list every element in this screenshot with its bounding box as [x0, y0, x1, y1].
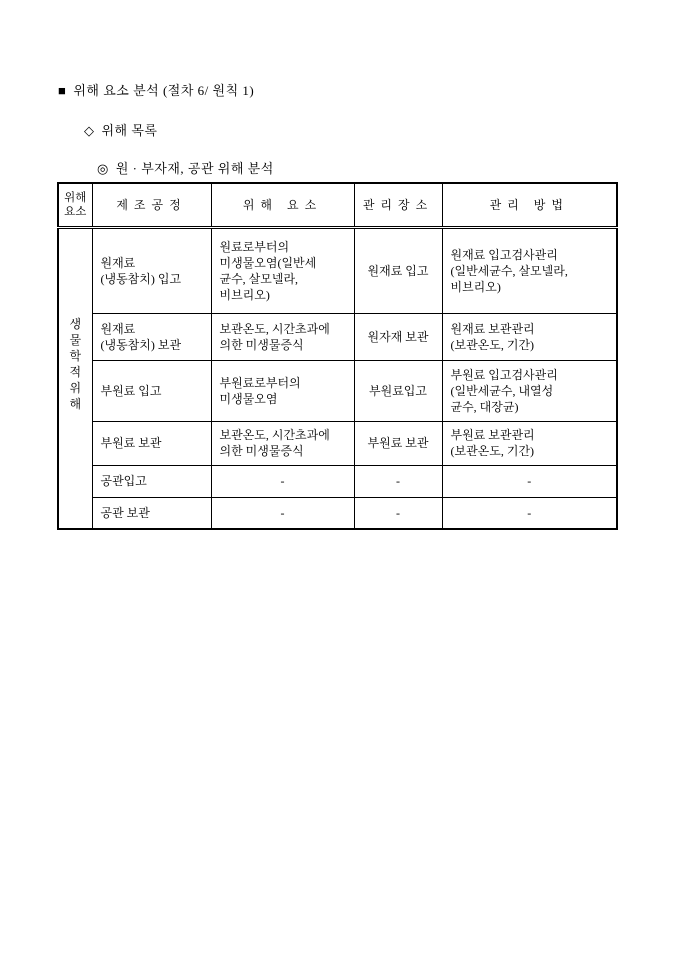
process-cell: 부원료 보관 — [92, 421, 211, 465]
place-cell: - — [354, 497, 442, 529]
table-row: 공관입고 - - - — [58, 465, 617, 497]
place-cell: - — [354, 465, 442, 497]
column-header-place: 관리장소 — [354, 183, 442, 227]
analysis-title: ◎원 · 부자재, 공관 위해 분석 — [97, 158, 274, 177]
category-char: 해 — [69, 396, 81, 412]
method-cell: 원재료 보관관리 (보관온도, 기간) — [442, 313, 617, 360]
subsection-heading-text: 위해 목록 — [102, 123, 158, 138]
place-cell: 원자재 보관 — [354, 313, 442, 360]
category-char: 적 — [69, 364, 81, 380]
hazard-cell: 부원료로부터의 미생물오염 — [211, 360, 354, 421]
method-cell: 원재료 입고검사관리 (일반세균수, 살모넬라, 비브리오) — [442, 227, 617, 313]
analysis-title-text: 원 · 부자재, 공관 위해 분석 — [116, 161, 274, 176]
hazard-cell: - — [211, 465, 354, 497]
column-header-process: 제조공정 — [92, 183, 211, 227]
table-row: 부원료 입고 부원료로부터의 미생물오염 부원료입고 부원료 입고검사관리 (일… — [58, 360, 617, 421]
category-char: 학 — [69, 348, 81, 364]
table-header-row: 위해 요소 제조공정 위해 요소 관리장소 관리 방법 — [58, 183, 617, 227]
column-header-method: 관리 방법 — [442, 183, 617, 227]
double-circle-bullet-icon: ◎ — [97, 161, 109, 176]
process-cell: 부원료 입고 — [92, 360, 211, 421]
table-row: 공관 보관 - - - — [58, 497, 617, 529]
category-char: 생 — [69, 316, 81, 332]
method-cell: - — [442, 497, 617, 529]
diamond-bullet-icon: ◇ — [84, 123, 95, 138]
vertical-category-label: 생 물 학 적 위 해 — [59, 286, 92, 470]
place-cell: 부원료 보관 — [354, 421, 442, 465]
place-cell: 부원료입고 — [354, 360, 442, 421]
process-cell: 공관입고 — [92, 465, 211, 497]
subsection-heading: ◇위해 목록 — [84, 120, 157, 139]
column-header-hazard: 위해 요소 — [211, 183, 354, 227]
category-char: 물 — [69, 332, 81, 348]
hazard-cell: - — [211, 497, 354, 529]
hazard-cell: 보관온도, 시간초과에 의한 미생물증식 — [211, 313, 354, 360]
category-char: 위 — [69, 380, 81, 396]
table-row: 원재료 (냉동참치) 보관 보관온도, 시간초과에 의한 미생물증식 원자재 보… — [58, 313, 617, 360]
column-header-hazard-factor: 위해 요소 — [58, 183, 92, 227]
hazard-cell: 원료로부터의 미생물오염(일반세 균수, 살모넬라, 비브리오) — [211, 227, 354, 313]
method-cell: 부원료 입고검사관리 (일반세균수, 내열성 균수, 대장균) — [442, 360, 617, 421]
method-cell: - — [442, 465, 617, 497]
document-page: { "headings": { "main": { "bullet": "■",… — [0, 0, 680, 962]
process-cell: 원재료 (냉동참치) 보관 — [92, 313, 211, 360]
table-row: 부원료 보관 보관온도, 시간초과에 의한 미생물증식 부원료 보관 부원료 보… — [58, 421, 617, 465]
method-cell: 부원료 보관관리 (보관온도, 기간) — [442, 421, 617, 465]
section-heading: ■위해 요소 분석 (절차 6/ 원칙 1) — [58, 80, 254, 99]
place-cell: 원재료 입고 — [354, 227, 442, 313]
table-row: 생 물 학 적 위 해 원재료 (냉동참치) 입고 원료로부터의 미생물오염(일… — [58, 227, 617, 313]
hazard-analysis-table: 위해 요소 제조공정 위해 요소 관리장소 관리 방법 생 물 학 적 위 해 … — [57, 182, 618, 530]
section-heading-text: 위해 요소 분석 (절차 6/ 원칙 1) — [73, 83, 254, 98]
hazard-cell: 보관온도, 시간초과에 의한 미생물증식 — [211, 421, 354, 465]
process-cell: 원재료 (냉동참치) 입고 — [92, 227, 211, 313]
process-cell: 공관 보관 — [92, 497, 211, 529]
hazard-category-cell: 생 물 학 적 위 해 — [58, 227, 92, 529]
filled-square-bullet-icon: ■ — [58, 83, 66, 98]
